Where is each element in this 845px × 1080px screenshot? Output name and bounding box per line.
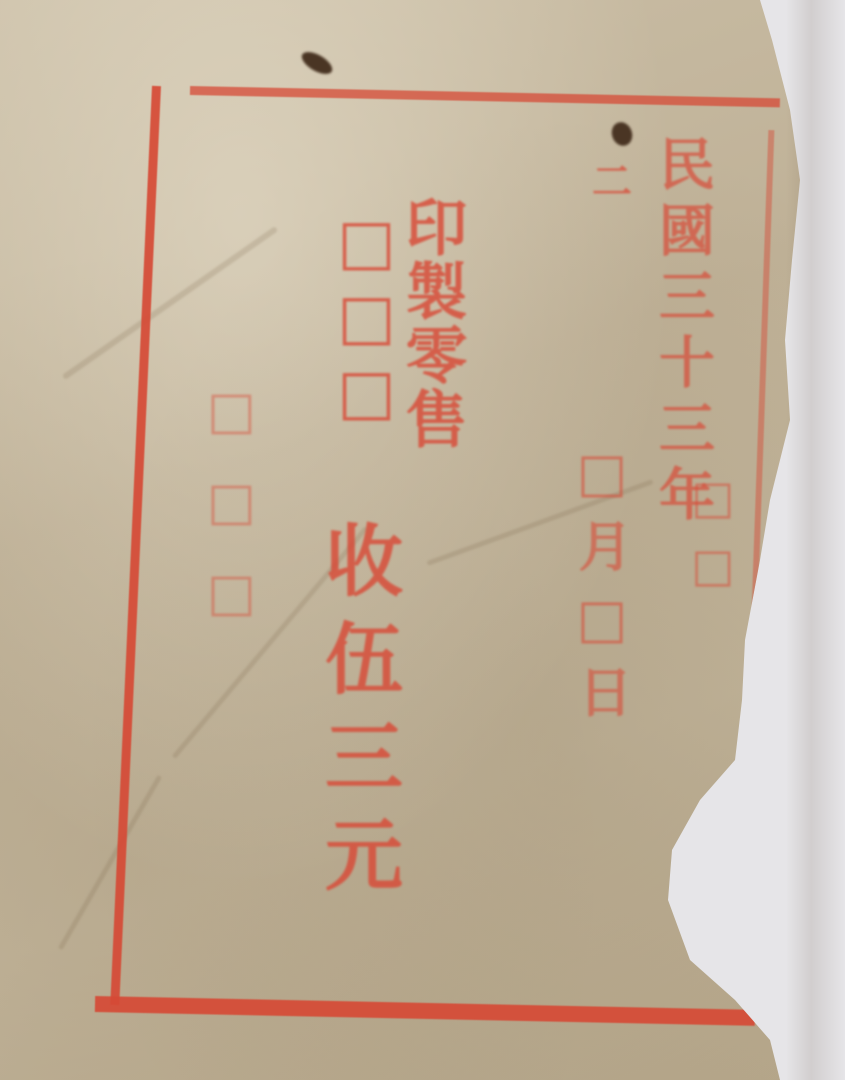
document-photo: 二 民國三十三年 □月□日 □□ 印製零售 □□□ 收伍三元 □□□: [0, 0, 845, 1080]
right-edge-column: □□: [690, 470, 736, 606]
ink-stain: [298, 48, 335, 79]
stamp-frame-top: [190, 86, 780, 107]
stamp-frame-left: [110, 86, 161, 1005]
header-mark: 二: [592, 150, 632, 207]
stamp-frame-bottom: [95, 996, 755, 1026]
paper-crease: [58, 775, 162, 951]
stamp-frame-right: [752, 130, 775, 610]
faded-left-column: □□□: [205, 380, 257, 653]
issuer-column-secondary: □□□: [335, 205, 397, 430]
paper-crease: [62, 226, 278, 380]
issuer-column: 印製零售: [400, 195, 462, 451]
ink-stain: [608, 119, 635, 148]
date-month-day-column: □月□日: [575, 440, 629, 732]
torn-paper-sheet: 二 民國三十三年 □月□日 □□ 印製零售 □□□ 收伍三元 □□□: [0, 0, 800, 1080]
amount-column: 收伍三元: [318, 520, 396, 912]
